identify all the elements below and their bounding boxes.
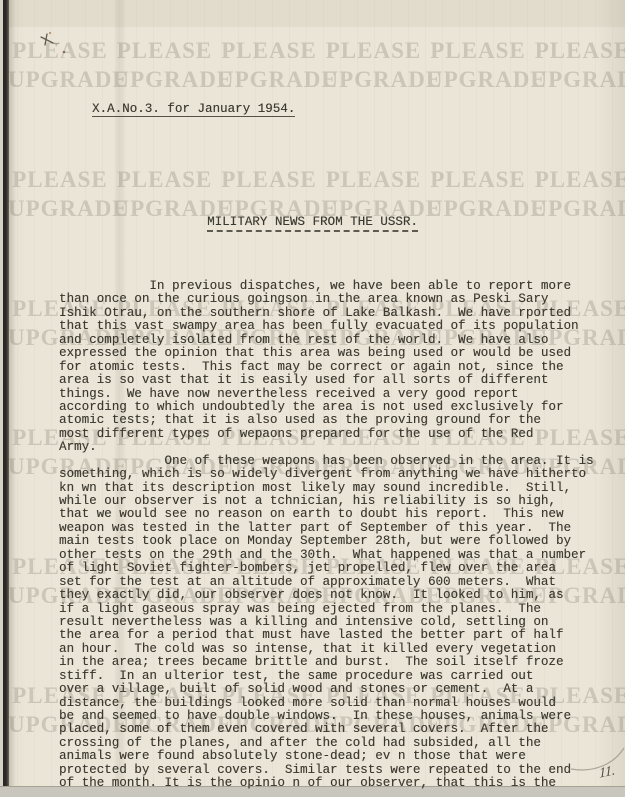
handwritten-page-number: 11. <box>599 763 616 783</box>
document-heading-wrap: MILITARY NEWS FROM THE USSR. <box>0 212 625 232</box>
scan-edge-left-shadow <box>9 0 16 797</box>
watermark-cell: PLEASEUPGRADE <box>217 36 321 94</box>
body-paragraph: One of these weapons has been observed i… <box>59 455 594 791</box>
watermark-cell: PLEASEUPGRADE <box>8 36 112 94</box>
watermark-cell: PLEASEUPGRADE <box>113 36 217 94</box>
body-paragraph: In previous dispatches, we have been abl… <box>59 280 594 455</box>
watermark-cell: PLEASEUPGRADE <box>322 36 426 94</box>
watermark-cell: PLEASEUPGRADE <box>531 36 625 94</box>
document-reference-line: X.A.No.3. for January 1954. <box>92 102 295 117</box>
scanned-document-page: PLEASEUPGRADEPLEASEUPGRADEPLEASEUPGRADEP… <box>0 0 625 797</box>
document-heading: MILITARY NEWS FROM THE USSR. <box>207 215 418 232</box>
document-body: In previous dispatches, we have been abl… <box>59 280 594 791</box>
watermark-cell: PLEASEUPGRADE <box>426 36 530 94</box>
